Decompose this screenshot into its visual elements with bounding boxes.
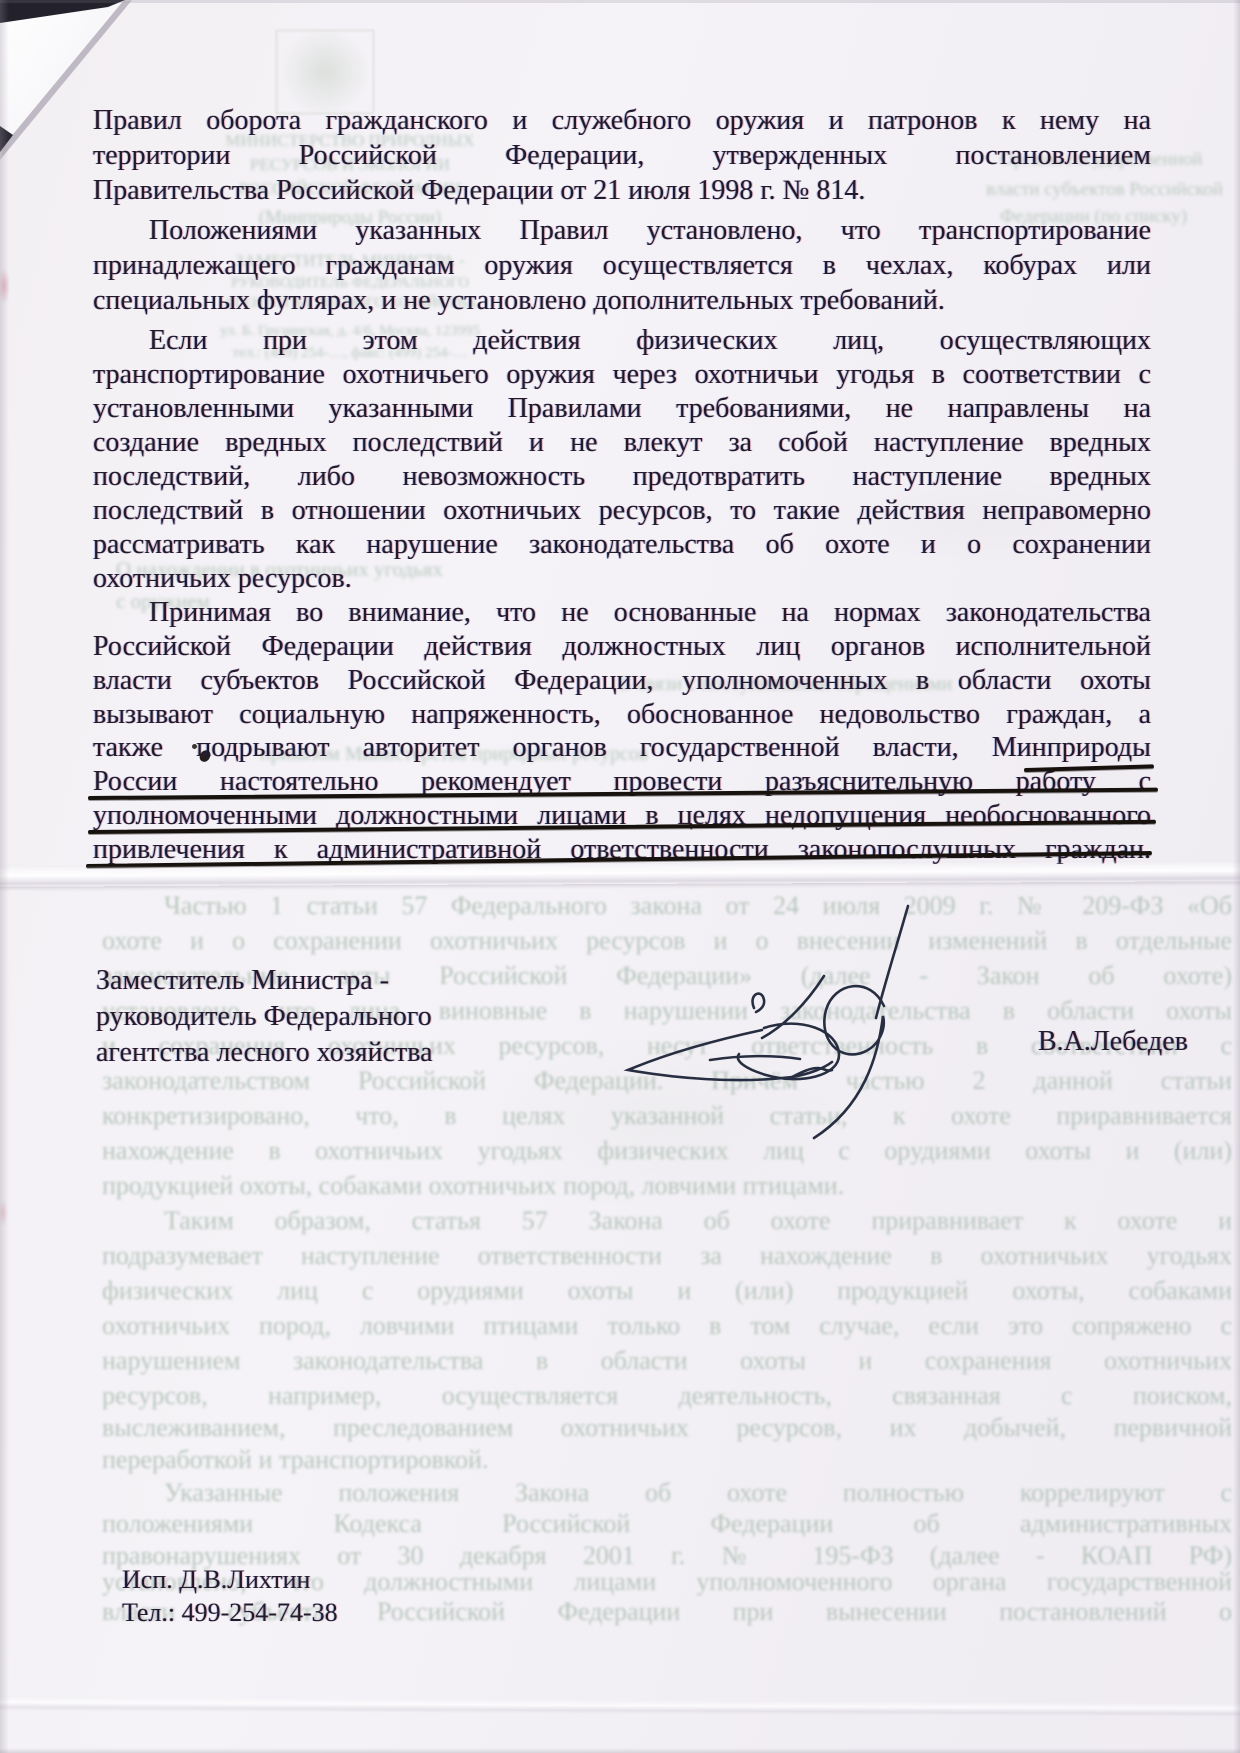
handwritten-signature xyxy=(540,878,920,1178)
scanned-letter-page: МИНИСТЕРСТВО ПРИРОДНЫХРЕСУРСОВ И ЭКОЛОГИ… xyxy=(0,0,1240,1753)
pen-underline xyxy=(88,788,1158,800)
scan-edge-right xyxy=(1233,0,1240,1753)
pen-underline xyxy=(88,820,1156,834)
scan-edge-bottom xyxy=(0,1748,1240,1753)
pen-underline xyxy=(1024,764,1154,772)
scan-edge-top xyxy=(0,0,1240,3)
scan-edge-left xyxy=(0,0,9,1753)
